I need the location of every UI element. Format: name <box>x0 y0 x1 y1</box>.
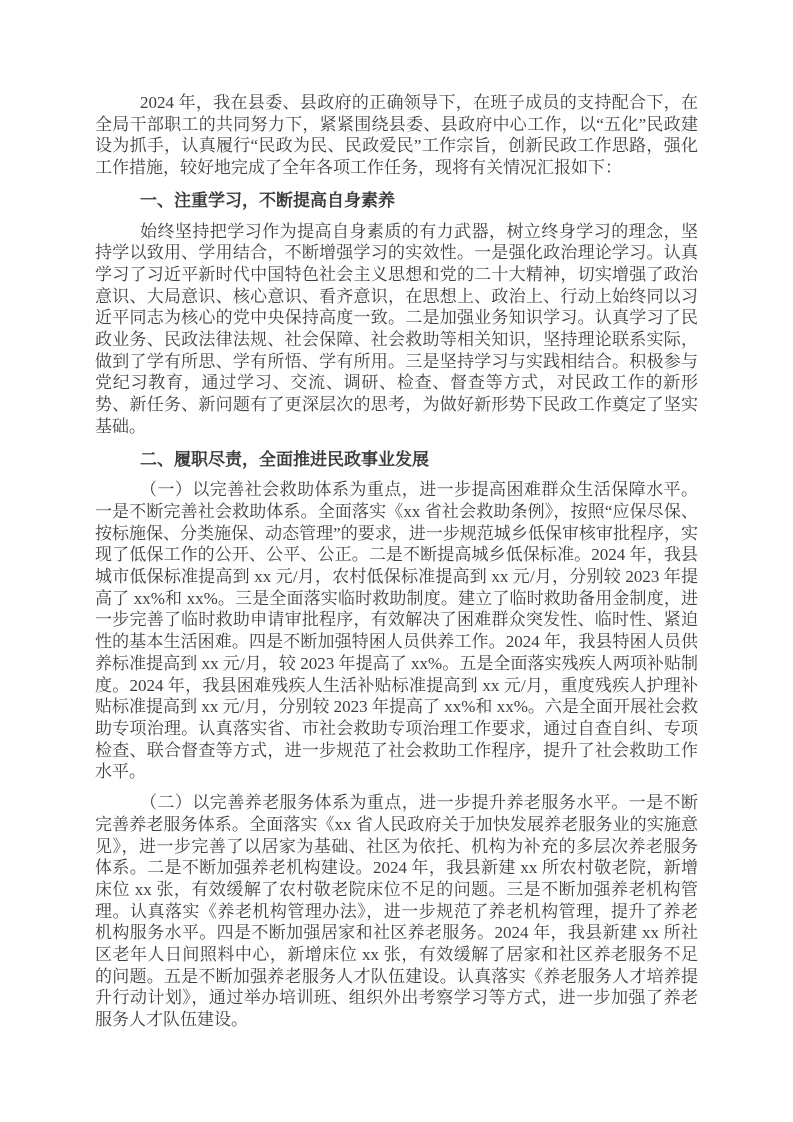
section-heading-1: 一、注重学习，不断提高自身素养 <box>95 190 698 212</box>
section-2-body-paragraph-2: （二）以完善养老服务体系为重点，进一步提升养老服务水平。一是不断完善养老服务体系… <box>95 792 698 1031</box>
section-2-body-paragraph-1: （一）以完善社会救助体系为重点，进一步提高困难群众生活保障水平。一是不断完善社会… <box>95 479 698 783</box>
document-page: 2024 年，我在县委、县政府的正确领导下，在班子成员的支持配合下，在全局干部职… <box>0 0 793 1122</box>
opening-paragraph: 2024 年，我在县委、县政府的正确领导下，在班子成员的支持配合下，在全局干部职… <box>95 92 698 179</box>
section-1-body-paragraph: 始终坚持把学习作为提高自身素质的有力武器，树立终身学习的理念，坚持学以致用、学用… <box>95 221 698 438</box>
section-heading-2: 二、履职尽责，全面推进民政事业发展 <box>95 449 698 471</box>
